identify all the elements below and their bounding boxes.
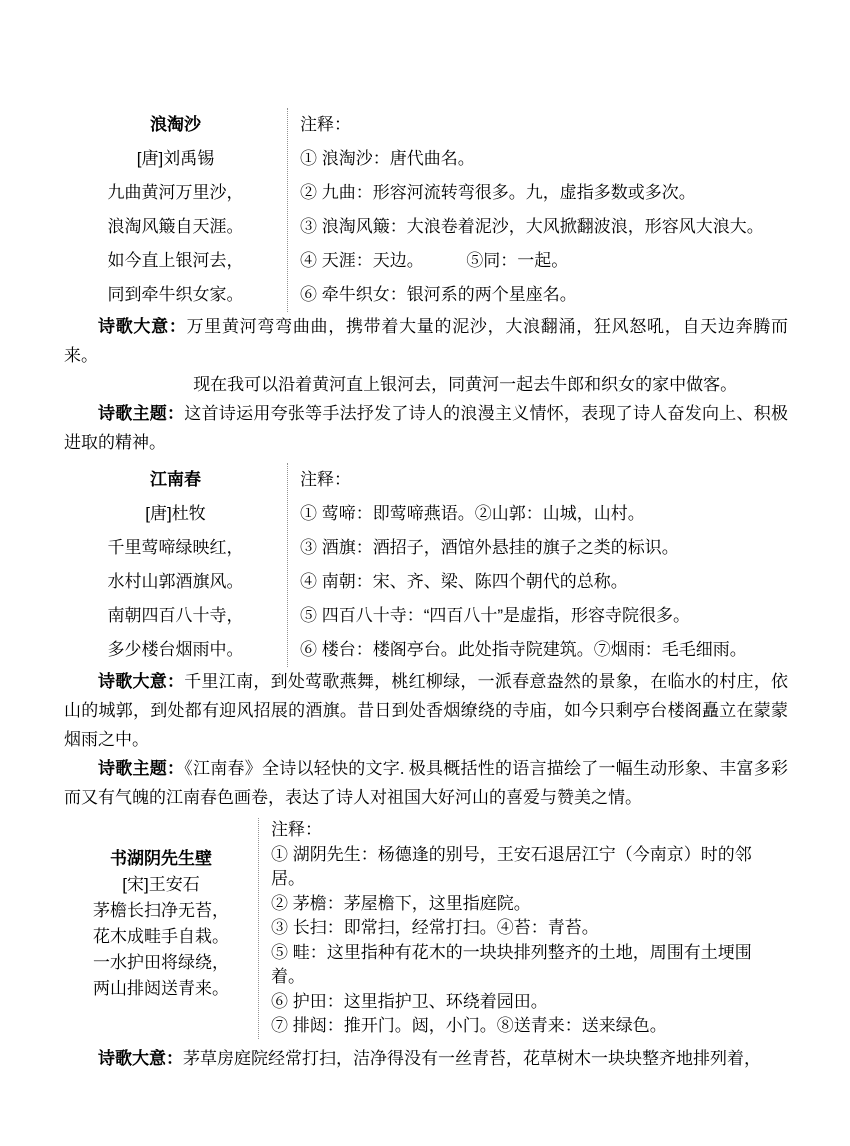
poem-line: 同到牵牛织女家。 xyxy=(64,278,287,312)
note-item: ③ 浪淘风簸：大浪卷着泥沙，大风掀翻波浪，形容风大浪大。 xyxy=(300,210,788,244)
meaning-paragraph-1: 诗歌大意：万里黄河弯弯曲曲，携带着大量的泥沙，大浪翻涌，狂风怒吼，自天边奔腾而来… xyxy=(64,312,788,370)
note-item: ⑥ 护田：这里指护卫、环绕着园田。 xyxy=(271,990,771,1015)
note-item: ③ 长扫：即常扫，经常打扫。④苔：青苔。 xyxy=(271,916,771,941)
poem-line: 水村山郭酒旗风。 xyxy=(64,565,287,599)
notes-column-3: 注释： ① 湖阴先生：杨德逢的别号，王安石退居江宁（今南京）时的邻居。 ② 茅檐… xyxy=(258,818,771,1039)
poem-section-2: 江南春 [唐]杜牧 千里莺啼绿映红， 水村山郭酒旗风。 南朝四百八十寺， 多少楼… xyxy=(64,463,788,667)
poem-column-2: 江南春 [唐]杜牧 千里莺啼绿映红， 水村山郭酒旗风。 南朝四百八十寺， 多少楼… xyxy=(64,463,287,667)
poem-line: 两山排闼送青来。 xyxy=(64,976,258,1002)
meaning-label: 诗歌大意： xyxy=(98,317,187,336)
notes-column-2: 注释： ① 莺啼：即莺啼燕语。②山郭：山城，山村。 ③ 酒旗：酒招子，酒馆外悬挂… xyxy=(287,463,788,667)
poem-line: 浪淘风簸自天涯。 xyxy=(64,210,287,244)
notes-label: 注释： xyxy=(300,463,788,497)
note-item: ② 九曲：形容河流转弯很多。九，虚指多数或多次。 xyxy=(300,176,788,210)
poem-section-3: 书湖阴先生壁 [宋]王安石 茅檐长扫净无苔， 花木成畦手自栽。 一水护田将绿绕，… xyxy=(64,818,788,1039)
note-item: ⑥ 牵牛织女：银河系的两个星座名。 xyxy=(300,278,788,312)
document-page: 浪淘沙 [唐]刘禹锡 九曲黄河万里沙， 浪淘风簸自天涯。 如今直上银河去， 同到… xyxy=(0,0,850,1146)
theme-paragraph-2: 诗歌主题：《江南春》全诗以轻快的文字. 极具概括性的语言描绘了一幅生动形象、丰富… xyxy=(64,754,788,812)
poem-author: [宋]王安石 xyxy=(64,872,258,898)
poem-author: [唐]杜牧 xyxy=(64,497,287,531)
note-item: ① 湖阴先生：杨德逢的别号，王安石退居江宁（今南京）时的邻居。 xyxy=(271,843,771,892)
meaning-label: 诗歌大意： xyxy=(98,1049,183,1068)
poem-line: 一水护田将绿绕， xyxy=(64,950,258,976)
note-item: ⑤ 畦：这里指种有花木的一块块排列整齐的土地，周围有土埂围着。 xyxy=(271,941,771,990)
meaning-text: 茅草房庭院经常打扫，洁净得没有一丝青苔，花草树木一块块整齐地排列着， xyxy=(183,1049,761,1068)
meaning-label: 诗歌大意： xyxy=(98,672,184,691)
note-item: ④ 天涯：天边。 ⑤同：一起。 xyxy=(300,244,788,278)
poem-line: 如今直上银河去， xyxy=(64,244,287,278)
poem-title: 江南春 xyxy=(64,463,287,497)
poem-column-3: 书湖阴先生壁 [宋]王安石 茅檐长扫净无苔， 花木成畦手自栽。 一水护田将绿绕，… xyxy=(64,818,258,1039)
poem-line: 多少楼台烟雨中。 xyxy=(64,633,287,667)
meaning-extra-text: 现在我可以沿着黄河直上银河去，同黄河一起去牛郎和织女的家中做客。 xyxy=(193,375,737,394)
theme-label: 诗歌主题： xyxy=(98,759,184,778)
poem-line: 九曲黄河万里沙， xyxy=(64,176,287,210)
notes-label: 注释： xyxy=(300,108,788,142)
theme-paragraph-1: 诗歌主题：这首诗运用夸张等手法抒发了诗人的浪漫主义情怀，表现了诗人奋发向上、积极… xyxy=(64,399,788,457)
note-item: ④ 南朝：宋、齐、梁、陈四个朝代的总称。 xyxy=(300,565,788,599)
note-item: ⑤ 四百八十寺：“四百八十”是虚指，形容寺院很多。 xyxy=(300,599,788,633)
note-item: ③ 酒旗：酒招子，酒馆外悬挂的旗子之类的标识。 xyxy=(300,531,788,565)
note-item: ⑥ 楼台：楼阁亭台。此处指寺院建筑。⑦烟雨：毛毛细雨。 xyxy=(300,633,788,667)
meaning-paragraph-3: 诗歌大意：茅草房庭院经常打扫，洁净得没有一丝青苔，花草树木一块块整齐地排列着， xyxy=(64,1044,788,1073)
poem-author: [唐]刘禹锡 xyxy=(64,142,287,176)
note-item: ⑦ 排闼：推开门。闼，小门。⑧送青来：送来绿色。 xyxy=(271,1014,771,1039)
poem-line: 茅檐长扫净无苔， xyxy=(64,898,258,924)
note-item: ② 茅檐：茅屋檐下，这里指庭院。 xyxy=(271,892,771,917)
poem-section-1: 浪淘沙 [唐]刘禹锡 九曲黄河万里沙， 浪淘风簸自天涯。 如今直上银河去， 同到… xyxy=(64,108,788,312)
poem-column-1: 浪淘沙 [唐]刘禹锡 九曲黄河万里沙， 浪淘风簸自天涯。 如今直上银河去， 同到… xyxy=(64,108,287,312)
meaning-paragraph-2: 诗歌大意：千里江南，到处莺歌燕舞，桃红柳绿，一派春意盎然的景象，在临水的村庄，依… xyxy=(64,667,788,754)
note-item: ① 莺啼：即莺啼燕语。②山郭：山城，山村。 xyxy=(300,497,788,531)
notes-column-1: 注释： ① 浪淘沙：唐代曲名。 ② 九曲：形容河流转弯很多。九，虚指多数或多次。… xyxy=(287,108,788,312)
poem-line: 千里莺啼绿映红， xyxy=(64,531,287,565)
poem-line: 花木成畦手自栽。 xyxy=(64,924,258,950)
theme-label: 诗歌主题： xyxy=(98,404,184,423)
poem-title: 浪淘沙 xyxy=(64,108,287,142)
poem-title: 书湖阴先生壁 xyxy=(64,846,258,872)
note-item: ① 浪淘沙：唐代曲名。 xyxy=(300,142,788,176)
poem-line: 南朝四百八十寺， xyxy=(64,599,287,633)
meaning-extra-paragraph-1: 现在我可以沿着黄河直上银河去，同黄河一起去牛郎和织女的家中做客。 xyxy=(64,370,788,399)
notes-label: 注释： xyxy=(271,818,771,843)
